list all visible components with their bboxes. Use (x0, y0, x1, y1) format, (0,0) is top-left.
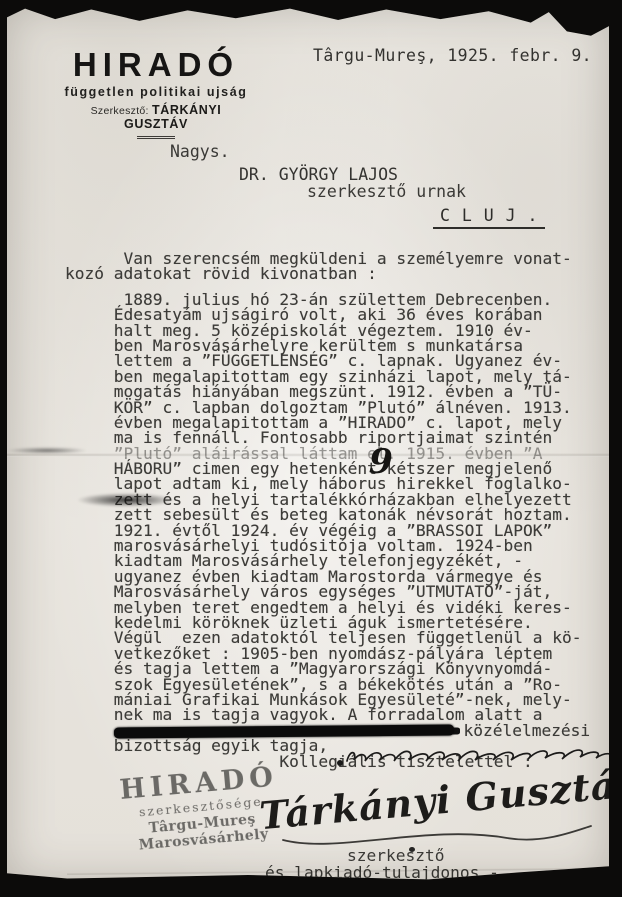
body-line: kozó adatokat rövid kivonatban : (65, 266, 605, 281)
body-text: Van szerencsém megküldeni a személyemre … (65, 251, 605, 769)
dateline: Târgu-Mureş, 1925. febr. 9. (313, 46, 592, 65)
redaction-trailing-text: közélelmezési (454, 721, 590, 740)
redaction-bar (114, 724, 454, 738)
letterhead-subtitle: független politikai ujság (57, 85, 255, 99)
letterhead-editor-line: Szerkesztő: TÁRKÁNYI GUSZTÁV (57, 103, 255, 131)
salutation: Nagys. (170, 142, 230, 161)
signature-role-2: és lapkiadó-tulajdonos.- (265, 863, 499, 882)
letterhead-rule (137, 136, 175, 139)
paper-crease (7, 453, 609, 457)
handwritten-digit-9: 9 (368, 442, 393, 483)
letterhead: HIRADÓ független politikai ujság Szerkes… (57, 48, 255, 139)
recipient-city: C L U J . (433, 206, 545, 229)
ink-smear-left-edge (7, 447, 87, 454)
recipient-title: szerkesztő urnak (307, 182, 466, 201)
body-line: közélelmezési (65, 723, 605, 738)
letter-page: HIRADÓ független politikai ujság Szerkes… (7, 6, 609, 882)
letterhead-title: HIRADÓ (57, 48, 255, 82)
letterhead-editor-label: Szerkesztő: (91, 105, 149, 117)
ink-smudge (77, 493, 175, 507)
